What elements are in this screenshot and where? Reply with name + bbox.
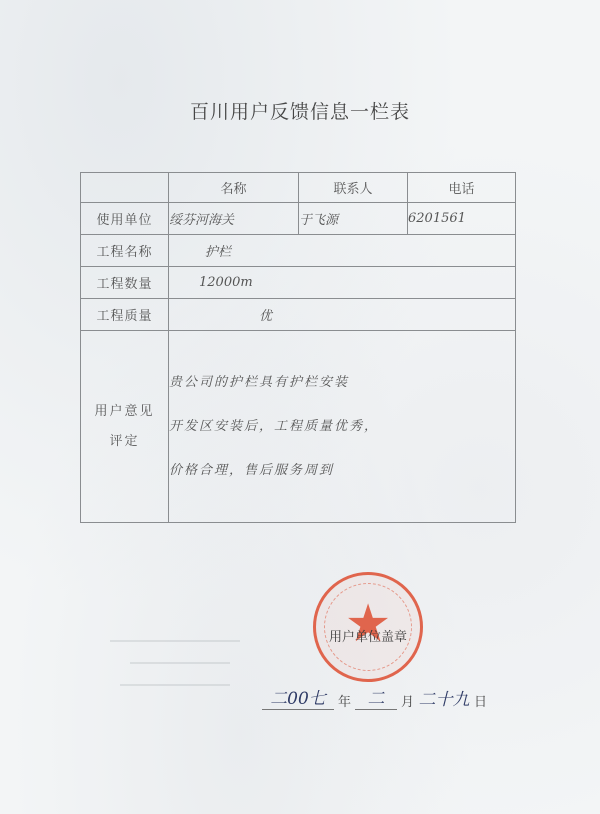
opinion-label-line2: 评定: [81, 427, 168, 457]
date-year-unit: 年: [334, 691, 355, 710]
project-name-field[interactable]: 护栏: [169, 235, 516, 267]
opinion-line: 贵公司的护栏具有护栏安装: [169, 361, 515, 405]
date-line: 二00七 年 二 月 二十九 日: [262, 688, 491, 710]
user-unit-row: 使用单位 绥芬河海关 于飞源 6201561: [81, 203, 516, 235]
opinion-label-line1: 用户意见: [81, 397, 168, 427]
faded-print-line: [110, 640, 240, 642]
project-quantity-field[interactable]: 12000m: [169, 267, 516, 299]
document-title: 百川用户反馈信息一栏表: [0, 97, 600, 124]
header-name: 名称: [169, 173, 299, 203]
project-quantity-label: 工程数量: [81, 267, 169, 299]
user-unit-phone-field[interactable]: 6201561: [408, 203, 516, 235]
user-unit-name-field[interactable]: 绥芬河海关: [169, 203, 299, 235]
seal-label: 用户单位盖章: [313, 626, 423, 645]
opinion-row: 用户意见 评定 贵公司的护栏具有护栏安装 开发区安装后，工程质量优秀， 价格合理…: [81, 331, 516, 523]
date-day-unit: 日: [470, 691, 491, 710]
feedback-form-table: 名称 联系人 电话 使用单位 绥芬河海关 于飞源 6201561 工程名称 护栏…: [80, 172, 516, 523]
date-month-field[interactable]: 二: [355, 684, 397, 710]
user-unit-contact-field[interactable]: 于飞源: [299, 203, 408, 235]
faded-print-line: [130, 662, 230, 664]
date-month-unit: 月: [397, 691, 418, 710]
opinion-field[interactable]: 贵公司的护栏具有护栏安装 开发区安装后，工程质量优秀， 价格合理，售后服务周到: [169, 331, 516, 523]
date-year-field[interactable]: 二00七: [262, 684, 334, 710]
opinion-line: 价格合理，售后服务周到: [169, 449, 515, 493]
header-row: 名称 联系人 电话: [81, 173, 516, 203]
project-quality-label: 工程质量: [81, 299, 169, 331]
user-unit-label: 使用单位: [81, 203, 169, 235]
project-quality-field[interactable]: 优: [169, 299, 516, 331]
header-contact: 联系人: [299, 173, 408, 203]
opinion-label: 用户意见 评定: [81, 331, 169, 523]
header-blank-cell: [81, 173, 169, 203]
date-day-field[interactable]: 二十九: [418, 685, 470, 710]
opinion-line: 开发区安装后，工程质量优秀，: [169, 405, 515, 449]
header-phone: 电话: [408, 173, 516, 203]
project-name-row: 工程名称 护栏: [81, 235, 516, 267]
project-quantity-row: 工程数量 12000m: [81, 267, 516, 299]
faded-print-line: [120, 684, 230, 686]
project-name-label: 工程名称: [81, 235, 169, 267]
project-quality-row: 工程质量 优: [81, 299, 516, 331]
